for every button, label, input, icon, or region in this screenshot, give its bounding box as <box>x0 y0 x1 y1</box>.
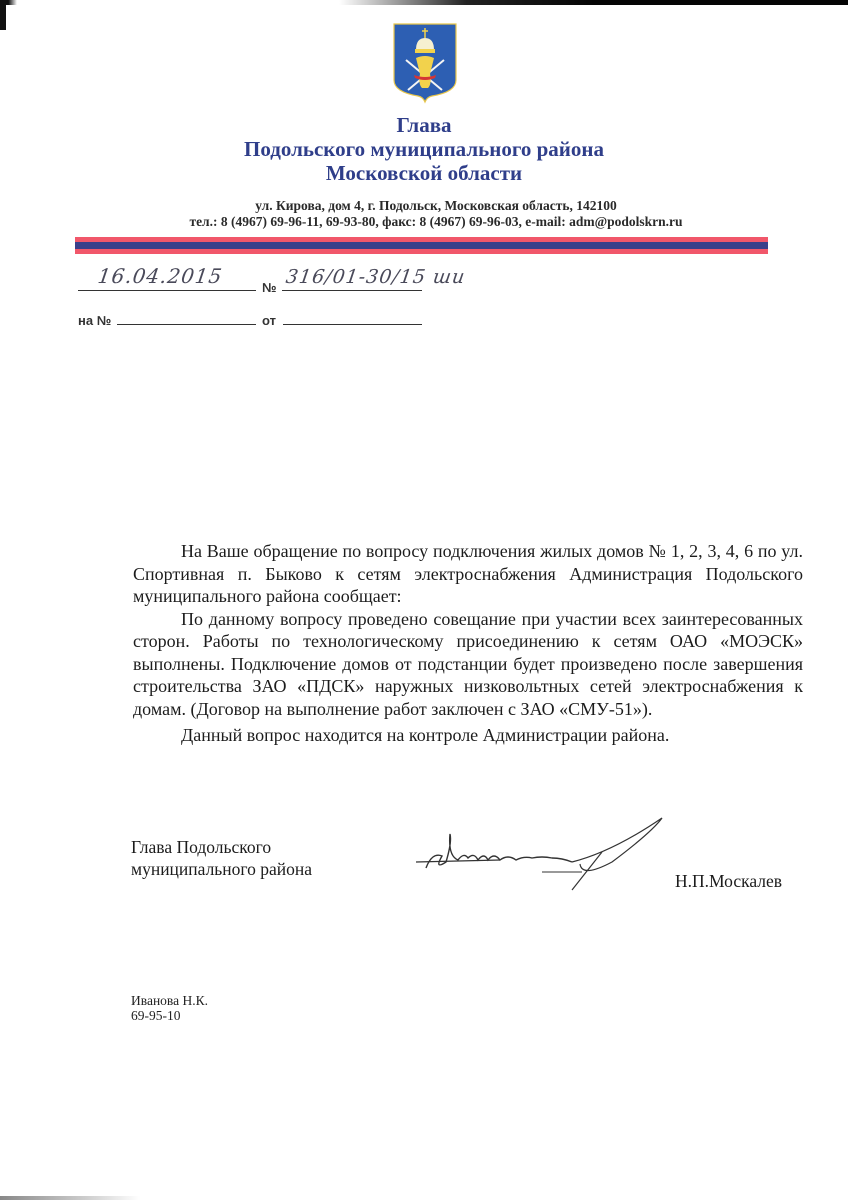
letterhead-stripe-red-bottom <box>75 249 768 254</box>
registration-date: 16.04.2015 <box>96 264 224 288</box>
body-paragraph: На Ваше обращение по вопросу подключения… <box>133 540 803 608</box>
handwritten-signature-icon <box>412 812 672 892</box>
letterhead-organization: Подольского муниципального района <box>0 137 848 161</box>
coat-of-arms-icon <box>392 22 458 104</box>
signatory-position-line1: Глава Подольского <box>131 836 312 858</box>
signatory-name: Н.П.Москалев <box>675 870 782 892</box>
scan-edge-left <box>0 0 6 30</box>
reply-to-label: на № <box>78 313 111 328</box>
registration-number: 316/01-30/15 ши <box>284 266 466 288</box>
scan-edge-top <box>0 0 848 5</box>
executor-phone: 69-95-10 <box>131 1008 208 1023</box>
from-label: от <box>262 313 276 328</box>
executor-name: Иванова Н.К. <box>131 993 208 1008</box>
body-paragraph: Данный вопрос находится на контроле Адми… <box>133 724 803 747</box>
number-label: № <box>262 280 277 295</box>
signatory-position: Глава Подольского муниципального района <box>131 836 312 880</box>
letterhead-stripe-blue <box>75 242 768 249</box>
signatory-position-line2: муниципального района <box>131 858 312 880</box>
letter-body: На Ваше обращение по вопросу подключения… <box>133 540 803 747</box>
executor-block: Иванова Н.К. 69-95-10 <box>131 993 208 1023</box>
number-underline <box>282 290 422 291</box>
date-underline <box>78 290 256 291</box>
letterhead-contacts: тел.: 8 (4967) 69-96-11, 69-93-80, факс:… <box>12 213 848 230</box>
letterhead-region: Московской области <box>0 161 848 185</box>
letterhead-title: Глава <box>0 113 848 137</box>
scan-edge-bottom <box>0 1196 140 1200</box>
letterhead-address: ул. Кирова, дом 4, г. Подольск, Московск… <box>12 197 848 214</box>
body-paragraph: По данному вопросу проведено совещание п… <box>133 608 803 721</box>
from-underline <box>283 324 422 325</box>
reply-to-underline <box>117 324 256 325</box>
